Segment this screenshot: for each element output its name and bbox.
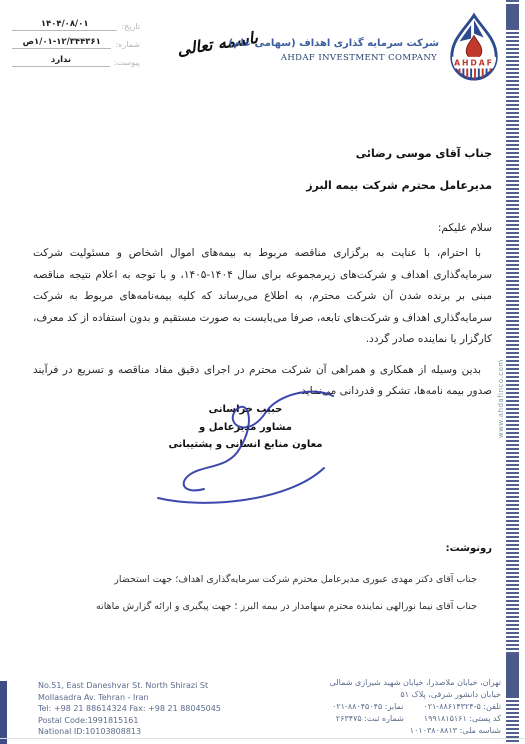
- footer-national-id: شناسه ملی: ۱۰۱۰۳۸۰۸۸۱۳: [330, 725, 501, 737]
- footer-fa-line: تهران، خیابان ملاصدرا، خیابان شهید شیراز…: [330, 677, 501, 689]
- cc-item: جناب آقای نیما نورالهی نماینده محترم سها…: [33, 594, 477, 621]
- cc-section: رونوشت: جناب آقای دکتر مهدی عبوری مدیرعا…: [33, 543, 492, 620]
- recipient-block: جناب آقای موسی رضائی مدیرعامل محترم شرکت…: [306, 138, 492, 202]
- website-vertical-text: www.ahdafinco.com: [497, 330, 505, 440]
- paragraph-2: بدین وسیله از همکاری و همراهی آن شرکت مح…: [33, 360, 492, 403]
- footer-address-en: No.51, East Daneshvar St. North Shirazi …: [38, 680, 221, 738]
- footer-fa-line: خیابان دانشور شرقی، پلاک ۵۱: [330, 689, 501, 701]
- footer-fa-code-row: کد پستی: ۱۹۹۱۸۱۵۱۶۱ شماره ثبت: ۲۶۳۴۷۵: [330, 713, 501, 725]
- recipient-name: جناب آقای موسی رضائی: [306, 138, 492, 170]
- barcode-band: [506, 0, 519, 744]
- letter-meta: تاریخ: ۱۴۰۴/۰۸/۰۱ شماره: ۱/۰۱-۱۲/۳۴۴۳۶۱ص…: [12, 16, 140, 70]
- footer-en-line: Tel: +98 21 88614324 Fax: +98 21 8804504…: [38, 703, 221, 715]
- letter-body: با احترام، با عنایت به برگزاری مناقصه مر…: [33, 243, 492, 412]
- footer-en-line: National ID:10103808813: [38, 726, 221, 738]
- meta-attachment-row: پیوست: ندارد: [12, 52, 140, 67]
- paragraph-1: با احترام، با عنایت به برگزاری مناقصه مر…: [33, 243, 492, 351]
- signer-title-1: مشاور مدیرعامل و: [148, 419, 343, 437]
- date-value: ۱۴۰۴/۰۸/۰۱: [12, 19, 117, 29]
- signer-name: حبیب خراسانی: [148, 401, 343, 419]
- letter-page: www.ahdafinco.com تاریخ: ۱۴۰۴/۰۸/۰۱ شمار…: [0, 0, 525, 744]
- meta-number-row: شماره: ۱/۰۱-۱۲/۳۴۴۳۶۱ص: [12, 34, 140, 49]
- cc-label: رونوشت:: [33, 543, 492, 554]
- signer-title-2: معاون منابع انسانی و پشتیبانی: [148, 436, 343, 454]
- number-label: شماره:: [115, 40, 140, 49]
- number-value: ۱/۰۱-۱۲/۳۴۴۳۶۱ص: [12, 37, 111, 47]
- cc-item: جناب آقای دکتر مهدی عبوری مدیرعامل محترم…: [33, 567, 477, 594]
- logo-wordmark: AHDAF: [454, 59, 494, 68]
- barcode-band-top-block: [506, 4, 519, 29]
- footer-address-fa: تهران، خیابان ملاصدرا، خیابان شهید شیراز…: [330, 677, 501, 737]
- company-name-en: AHDAF INVESTMENT COMPANY: [279, 53, 439, 63]
- barcode-band-bottom-block: [506, 654, 519, 698]
- footer-postal-code: کد پستی: ۱۹۹۱۸۱۵۱۶۱: [424, 713, 501, 725]
- footer-tel: تلفن: ۵-۸۸۶۱۴۳۲۴-۰۲۱: [423, 701, 501, 713]
- footer-en-line: No.51, East Daneshvar St. North Shirazi …: [38, 680, 221, 692]
- salutation: سلام علیکم:: [438, 222, 492, 234]
- cc-items: جناب آقای دکتر مهدی عبوری مدیرعامل محترم…: [33, 567, 492, 620]
- date-line: ۱۴۰۴/۰۸/۰۱: [12, 16, 117, 31]
- company-names: شرکت سرمایه گذاری اهداف (سهامی عام) AHDA…: [279, 38, 439, 63]
- company-logo-drop-icon: AHDAF: [445, 12, 503, 94]
- footer-en-line: Postal Code:1991815161: [38, 715, 221, 727]
- number-line: ۱/۰۱-۱۲/۳۴۴۳۶۱ص: [12, 34, 111, 49]
- footer-en-line: Mollasadra Av. Tehran - Iran: [38, 692, 221, 704]
- attachment-line: ندارد: [12, 52, 110, 67]
- attachment-value: ندارد: [12, 55, 110, 65]
- bottom-divider: [0, 738, 525, 739]
- meta-date-row: تاریخ: ۱۴۰۴/۰۸/۰۱: [12, 16, 140, 31]
- company-name-fa: شرکت سرمایه گذاری اهداف (سهامی عام): [279, 38, 439, 49]
- attachment-label: پیوست:: [114, 58, 140, 67]
- footer-accent-bar: [0, 681, 7, 744]
- date-label: تاریخ:: [121, 22, 140, 31]
- footer-registration-number: شماره ثبت: ۲۶۳۴۷۵: [336, 713, 404, 725]
- footer-fax: نمابر: ۸۸۰۴۵۰۴۵-۰۲۱: [332, 701, 403, 713]
- signature-block: حبیب خراسانی مشاور مدیرعامل و معاون مناب…: [148, 401, 343, 454]
- recipient-title: مدیرعامل محترم شرکت بیمه البرز: [306, 170, 492, 202]
- footer-fa-phone-row: تلفن: ۵-۸۸۶۱۴۳۲۴-۰۲۱ نمابر: ۸۸۰۴۵۰۴۵-۰۲۱: [330, 701, 501, 713]
